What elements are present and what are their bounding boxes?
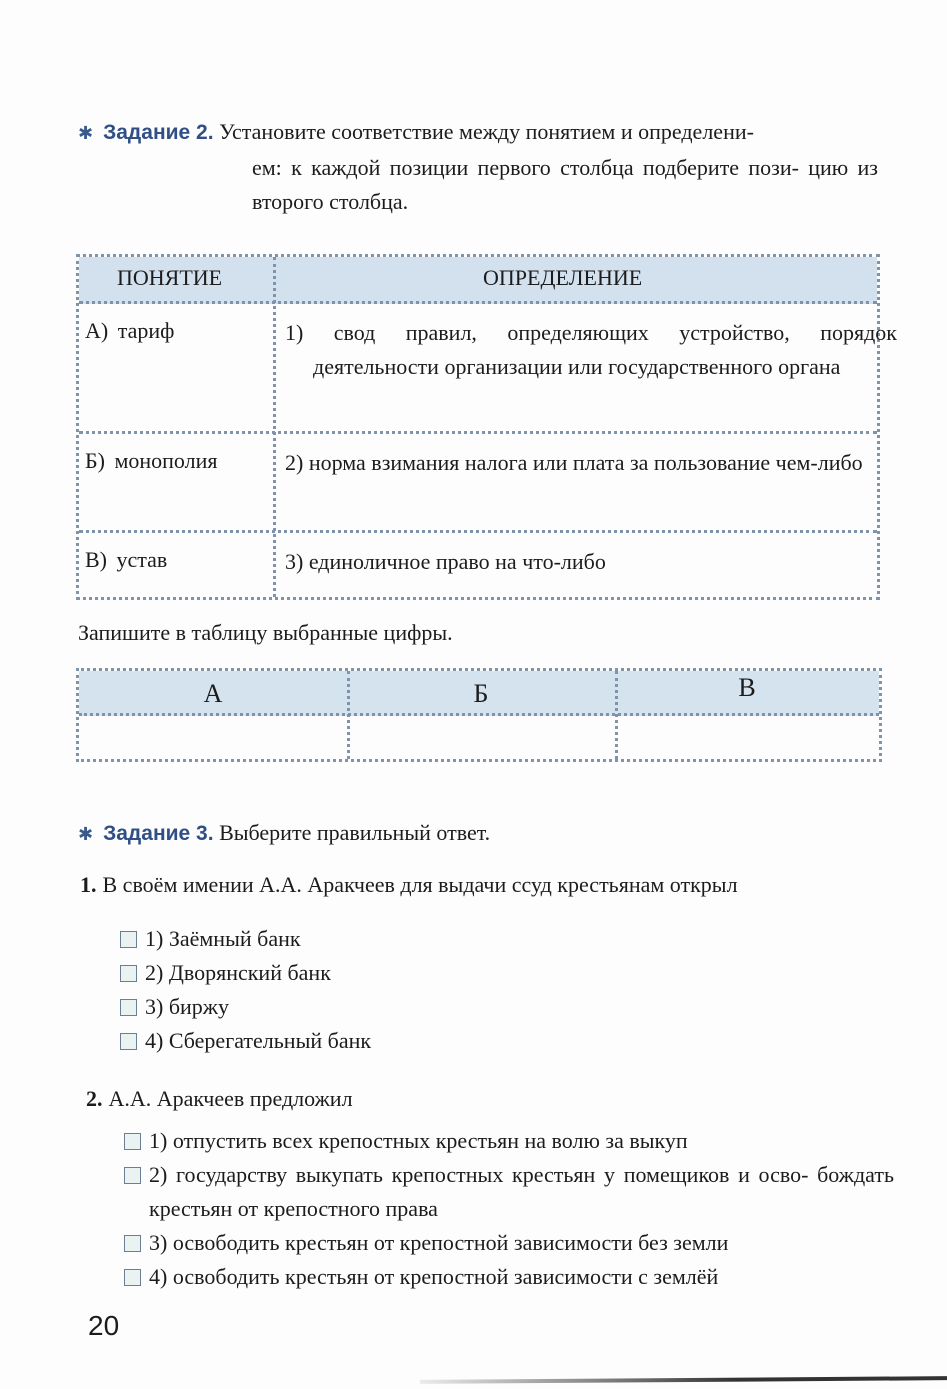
page-number: 20	[88, 1310, 119, 1342]
option-item[interactable]: 1) Заёмный банк	[120, 922, 371, 956]
matching-table: ПОНЯТИЕ ОПРЕДЕЛЕНИЕ А) тариф 1) свод пра…	[76, 254, 880, 600]
checkbox[interactable]	[124, 1235, 141, 1252]
term-cell: В) устав	[85, 547, 167, 573]
question-2-options: 1) отпустить всех крепостных крестьян на…	[124, 1124, 894, 1294]
question-text: В своём имении А.А. Аракчеев для выдачи …	[103, 872, 738, 897]
question-text: А.А. Аракчеев предложил	[109, 1086, 353, 1111]
matching-table-header: ПОНЯТИЕ ОПРЕДЕЛЕНИЕ	[79, 257, 877, 304]
definition-cell: 1) свод правил, определяющих устройство,…	[285, 316, 897, 384]
task-3-label: Задание 3.	[103, 822, 213, 845]
question-number: 2.	[86, 1086, 103, 1111]
task-3-heading: ✱Задание 3. Выберите правильный ответ.	[78, 816, 490, 852]
task-2-label: Задание 2.	[103, 121, 213, 144]
checkbox[interactable]	[120, 965, 137, 982]
task-2-heading: ✱Задание 2. Установите соответствие межд…	[78, 115, 878, 219]
column-divider	[347, 671, 350, 759]
checkbox[interactable]	[124, 1133, 141, 1150]
option-label: 4) Сберегательный банк	[145, 1024, 371, 1058]
checkbox[interactable]	[120, 999, 137, 1016]
definition-cell: 2) норма взимания налога или плата за по…	[285, 446, 897, 480]
header-concept: ПОНЯТИЕ	[117, 265, 222, 291]
table-row: А) тариф 1) свод правил, определяющих ус…	[79, 304, 877, 434]
question-number: 1.	[80, 872, 97, 897]
checkbox[interactable]	[124, 1167, 141, 1184]
answer-input-c[interactable]	[619, 716, 879, 758]
checkbox[interactable]	[124, 1269, 141, 1286]
term-cell: А) тариф	[85, 318, 174, 344]
option-label: 3) биржу	[145, 990, 371, 1024]
task-2-instruction-line1: Установите соответствие между понятием и…	[219, 119, 754, 144]
term-cell: Б) монополия	[85, 448, 218, 474]
option-label: 2) государству выкупать крепостных крест…	[149, 1158, 894, 1226]
option-item[interactable]: 2) Дворянский банк	[120, 956, 371, 990]
answer-input-a[interactable]	[83, 716, 347, 758]
answer-header-a: А	[79, 679, 347, 709]
write-prompt: Запишите в таблицу выбранные цифры.	[78, 620, 453, 646]
table-row: В) устав 3) единоличное право на что-либ…	[79, 533, 877, 593]
task-2-instruction-rest: ем: к каждой позиции первого столбца под…	[78, 151, 878, 219]
option-label: 1) Заёмный банк	[145, 922, 371, 956]
page-edge-shadow	[420, 1376, 947, 1384]
option-label: 3) освободить крестьян от крепостной зав…	[149, 1226, 894, 1260]
option-item[interactable]: 3) освободить крестьян от крепостной зав…	[124, 1226, 894, 1260]
column-divider	[615, 671, 618, 759]
option-label: 1) отпустить всех крепостных крестьян на…	[149, 1124, 894, 1158]
star-icon: ✱	[78, 824, 93, 845]
option-item[interactable]: 1) отпустить всех крепостных крестьян на…	[124, 1124, 894, 1158]
question-2: 2.А.А. Аракчеев предложил	[86, 1086, 353, 1112]
definition-cell: 3) единоличное право на что-либо	[285, 545, 897, 579]
question-1: 1.В своём имении А.А. Аракчеев для выдач…	[80, 872, 738, 898]
header-definition: ОПРЕДЕЛЕНИЕ	[483, 265, 642, 291]
question-1-options: 1) Заёмный банк 2) Дворянский банк 3) би…	[120, 922, 371, 1058]
answer-table-header: А Б В	[79, 671, 879, 716]
task-3-instruction: Выберите правильный ответ.	[219, 820, 490, 845]
option-label: 2) Дворянский банк	[145, 956, 371, 990]
table-row: Б) монополия 2) норма взимания налога ил…	[79, 434, 877, 533]
option-item[interactable]: 4) освободить крестьян от крепостной зав…	[124, 1260, 894, 1294]
star-icon: ✱	[78, 123, 93, 144]
option-item[interactable]: 3) биржу	[120, 990, 371, 1024]
column-divider	[273, 257, 276, 597]
answer-header-b: Б	[347, 679, 615, 709]
answer-input-b[interactable]	[351, 716, 615, 758]
checkbox[interactable]	[120, 931, 137, 948]
answer-header-c: В	[615, 673, 879, 703]
checkbox[interactable]	[120, 1033, 137, 1050]
answer-table: А Б В	[76, 668, 882, 762]
option-item[interactable]: 4) Сберегательный банк	[120, 1024, 371, 1058]
option-item[interactable]: 2) государству выкупать крепостных крест…	[124, 1158, 894, 1226]
option-label: 4) освободить крестьян от крепостной зав…	[149, 1260, 894, 1294]
